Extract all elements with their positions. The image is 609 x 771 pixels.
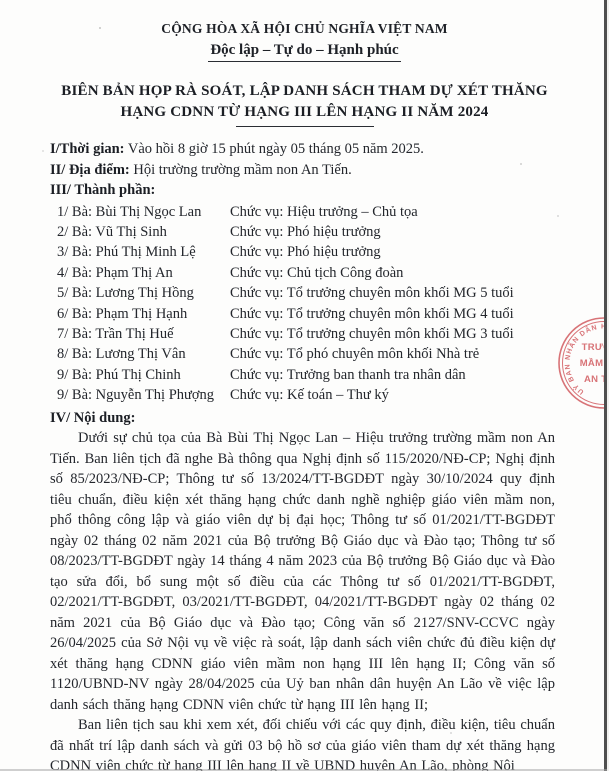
member-name: 3/ Bà: Phú Thị Minh Lệ (57, 242, 230, 262)
section-time-text: Vào hồi 8 giờ 15 phút ngày 05 tháng 05 n… (128, 141, 424, 157)
member-role: Chức vụ: Tổ trưởng chuyên môn khối MG 3 … (230, 324, 555, 344)
participant-row: 3/ Bà: Phú Thị Minh Lệ Chức vụ: Phó hiệu… (57, 242, 555, 262)
participant-row: 9/ Bà: Nguyễn Thị Phượng Chức vụ: Kế toá… (57, 385, 555, 405)
member-name: 4/ Bà: Phạm Thị An (57, 263, 230, 283)
document-title-line2: HẠNG CDNN TỪ HẠNG III LÊN HẠNG II NĂM 20… (0, 102, 609, 123)
participant-row: 5/ Bà: Lương Thị Hồng Chức vụ: Tổ trưởng… (57, 283, 555, 303)
national-motto: Độc lập – Tự do – Hạnh phúc (208, 42, 400, 62)
participant-row: 1/ Bà: Bùi Thị Ngọc Lan Chức vụ: Hiệu tr… (57, 202, 555, 222)
member-role: Chức vụ: Tổ trưởng chuyên môn khối MG 4 … (230, 304, 555, 324)
content-paragraph-2: Ban liên tịch sau khi xem xét, đối chiếu… (50, 715, 555, 771)
member-name: 6/ Bà: Phạm Thị Hạnh (57, 304, 230, 324)
member-role: Chức vụ: Tổ phó chuyên môn khối Nhà trẻ (230, 344, 555, 364)
scanned-document-page: CỘNG HÒA XÃ HỘI CHỦ NGHĨA VIỆT NAM Độc l… (0, 0, 609, 771)
section-time-label: I/Thời gian: (50, 141, 125, 157)
member-name: 1/ Bà: Bùi Thị Ngọc Lan (57, 202, 230, 222)
member-role: Chức vụ: Tổ trưởng chuyên môn khối MG 5 … (230, 283, 555, 303)
member-role: Chức vụ: Phó hiệu trưởng (230, 242, 555, 262)
content-paragraph-1: Dưới sự chủ tọa của Bà Bùi Thị Ngọc Lan … (50, 428, 555, 715)
scan-noise-specks (99, 27, 101, 29)
participant-row: 4/ Bà: Phạm Thị An Chức vụ: Chủ tịch Côn… (57, 263, 555, 283)
section-location: II/ Địa điểm: Hội trường trường mầm non … (50, 160, 555, 181)
participant-row: 2/ Bà: Vũ Thị Sinh Chức vụ: Phó hiệu trư… (57, 222, 555, 242)
member-role: Chức vụ: Kế toán – Thư ký (230, 385, 555, 405)
section-participants-label: III/ Thành phần: (50, 180, 555, 201)
section-time: I/Thời gian: Vào hồi 8 giờ 15 phút ngày … (50, 139, 555, 160)
section-content-label: IV/ Nội dung: (50, 408, 555, 429)
document-title: BIÊN BẢN HỌP RÀ SOÁT, LẬP DANH SÁCH THAM… (0, 81, 609, 127)
member-name: 5/ Bà: Lương Thị Hồng (57, 283, 230, 303)
member-role: Chức vụ: Phó hiệu trưởng (230, 222, 555, 242)
stamp-inner-ring (563, 322, 609, 405)
document-title-line1: BIÊN BẢN HỌP RÀ SOÁT, LẬP DANH SÁCH THAM… (0, 81, 609, 102)
section-location-text: Hội trường trường mầm non An Tiến. (133, 162, 351, 178)
member-name: 2/ Bà: Vũ Thị Sinh (57, 222, 230, 242)
participant-row: 9/ Bà: Phú Thị Chinh Chức vụ: Trưởng ban… (57, 365, 555, 385)
member-name: 9/ Bà: Nguyễn Thị Phượng (57, 385, 230, 405)
stamp-arc-text: UỶ BAN NHÂN DÂN HUYỆN AN LÃO (564, 324, 609, 396)
participant-row: 7/ Bà: Trần Thị Huế Chức vụ: Tổ trưởng c… (57, 324, 555, 344)
participant-row: 6/ Bà: Phạm Thị Hạnh Chức vụ: Tổ trưởng … (57, 304, 555, 324)
participant-row: 8/ Bà: Lương Thị Vân Chức vụ: Tổ phó chu… (57, 344, 555, 364)
member-role: Chức vụ: Trưởng ban thanh tra nhân dân (230, 365, 555, 385)
section-location-label: II/ Địa điểm: (50, 162, 130, 178)
stamp-outer-ring (559, 318, 609, 408)
member-name: 9/ Bà: Phú Thị Chinh (57, 365, 230, 385)
member-role: Chức vụ: Hiệu trưởng – Chủ tọa (230, 202, 555, 222)
national-header-line1: CỘNG HÒA XÃ HỘI CHỦ NGHĨA VIỆT NAM (0, 21, 609, 37)
national-header: CỘNG HÒA XÃ HỘI CHỦ NGHĨA VIỆT NAM Độc l… (0, 21, 609, 62)
member-name: 7/ Bà: Trần Thị Huế (57, 324, 230, 344)
title-underline-rule (236, 126, 374, 127)
document-body: I/Thời gian: Vào hồi 8 giờ 15 phút ngày … (50, 139, 555, 771)
member-name: 8/ Bà: Lương Thị Vân (57, 344, 230, 364)
participants-list: 1/ Bà: Bùi Thị Ngọc Lan Chức vụ: Hiệu tr… (57, 202, 555, 406)
member-role: Chức vụ: Chủ tịch Công đoàn (230, 263, 555, 283)
